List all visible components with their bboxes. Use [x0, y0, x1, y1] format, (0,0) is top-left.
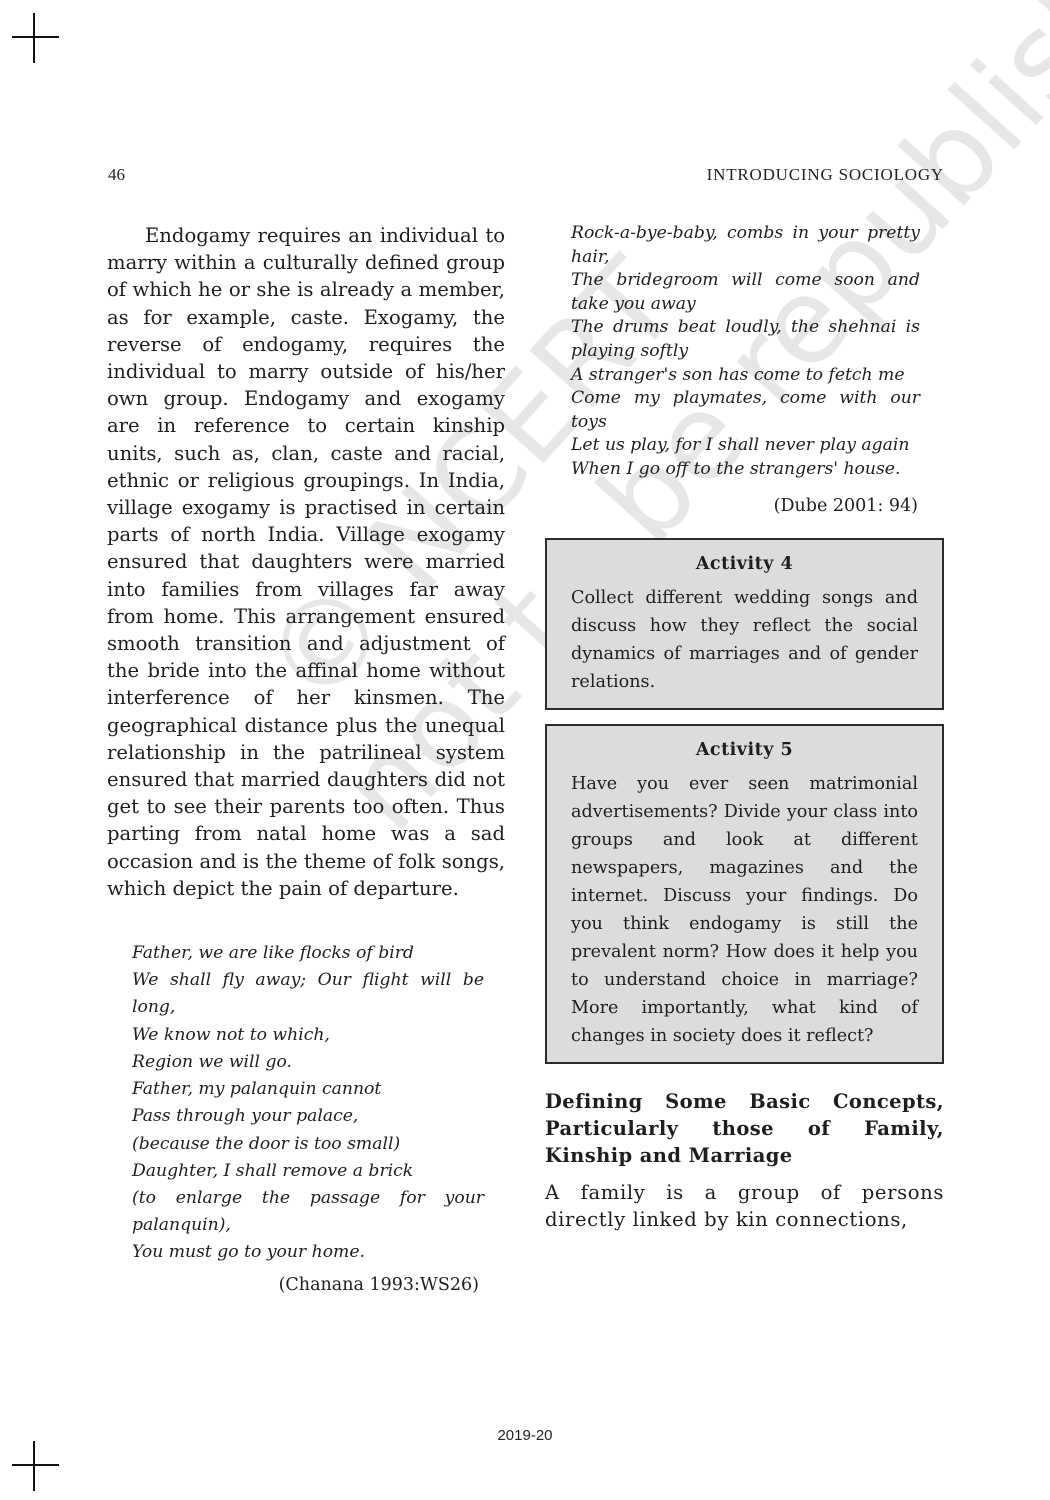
activity-5-box: Activity 5 Have you ever seen matrimonia…	[545, 724, 944, 1064]
verse-line: The drums beat loudly, the shehnai is pl…	[571, 316, 920, 363]
verse-line: Pass through your palace,	[132, 1103, 484, 1130]
activity-text: Have you ever seen matrimonial advertise…	[571, 770, 918, 1050]
crop-mark-bottom-left-vertical	[33, 1441, 35, 1491]
verse-line: Let us play, for I shall never play agai…	[571, 434, 920, 458]
activity-title: Activity 5	[571, 740, 918, 760]
verse-citation: (Dube 2001: 94)	[545, 496, 944, 516]
wedding-song-verse: Rock-a-bye-baby, combs in your pretty ha…	[571, 222, 920, 482]
body-paragraph: Endogamy requires an individual to marry…	[107, 222, 505, 902]
verse-line: You must go to your home.	[132, 1239, 484, 1266]
verse-line: We know not to which,	[132, 1022, 484, 1049]
book-title: INTRODUCING SOCIOLOGY	[707, 165, 944, 185]
verse-citation: (Chanana 1993:WS26)	[107, 1275, 505, 1295]
verse-line: We shall fly away; Our flight will be lo…	[132, 967, 484, 1021]
verse-line: A stranger's son has come to fetch me	[571, 364, 920, 388]
verse-line: (to enlarge the passage for your palanqu…	[132, 1185, 484, 1239]
crop-mark-top-left-horizontal	[12, 36, 59, 38]
verse-line: Father, my palanquin cannot	[132, 1076, 484, 1103]
section-paragraph: A family is a group of persons directly …	[545, 1179, 944, 1233]
footer-year: 2019-20	[0, 1427, 1050, 1444]
verse-line: Rock-a-bye-baby, combs in your pretty ha…	[571, 222, 920, 269]
crop-mark-bottom-left-horizontal	[12, 1464, 59, 1466]
left-column: Endogamy requires an individual to marry…	[107, 222, 505, 1295]
folk-song-verse: Father, we are like flocks of bird We sh…	[132, 940, 484, 1266]
verse-line: The bridegroom will come soon and take y…	[571, 269, 920, 316]
verse-line: Father, we are like flocks of bird	[132, 940, 484, 967]
verse-line: Daughter, I shall remove a brick	[132, 1158, 484, 1185]
activity-title: Activity 4	[571, 554, 918, 574]
verse-line: When I go off to the strangers' house.	[571, 458, 920, 482]
right-column: Rock-a-bye-baby, combs in your pretty ha…	[545, 222, 944, 1233]
verse-line: (because the door is too small)	[132, 1131, 484, 1158]
activity-text: Collect different wedding songs and disc…	[571, 584, 918, 696]
activity-4-box: Activity 4 Collect different wedding son…	[545, 538, 944, 710]
section-heading: Defining Some Basic Concepts, Particular…	[545, 1088, 944, 1169]
verse-line: Region we will go.	[132, 1049, 484, 1076]
crop-mark-top-left-vertical	[33, 13, 35, 63]
page-number: 46	[108, 165, 125, 185]
verse-line: Come my playmates, come with our toys	[571, 387, 920, 434]
